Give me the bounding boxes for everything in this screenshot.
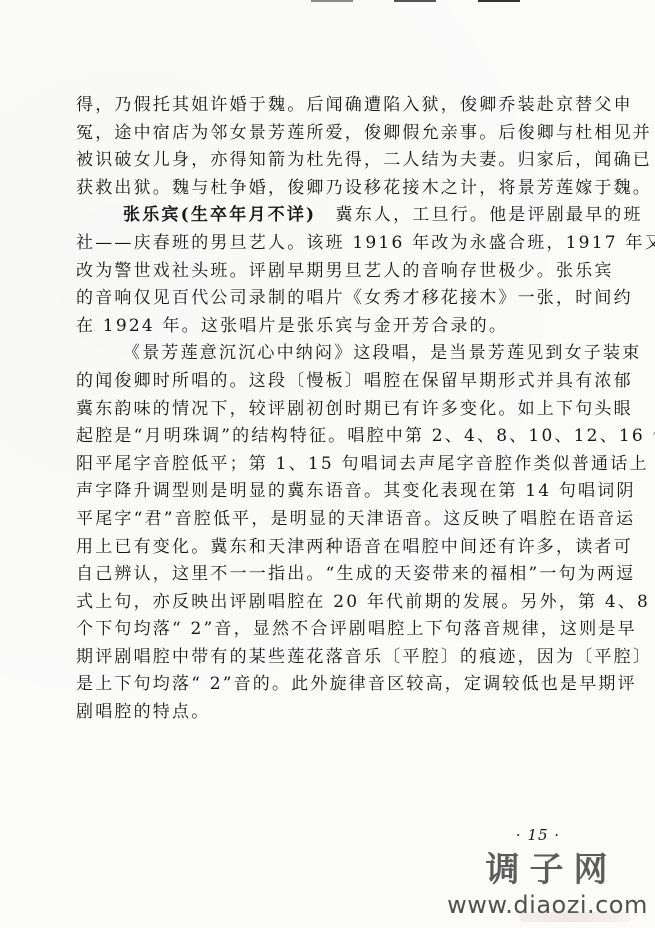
top-edge-marks (0, 0, 655, 4)
watermark-title: 调子网 (440, 850, 655, 890)
text-line: 获救出狱。魏与杜争婚，俊卿乃设移花接木之计，将景芳莲嫁于魏。 (76, 175, 572, 203)
text-line: 《景芳莲意沉沉心中纳闷》这段唱，是当景芳莲见到女子装束 (76, 340, 572, 368)
paragraph-1: 得，乃假托其姐许婚于魏。后闻确遭陷入狱，俊卿乔装赴京替父申 冤，途中宿店为邻女景… (76, 92, 572, 202)
text-line: 冤，途中宿店为邻女景芳莲所爱，俊卿假允亲事。后俊卿与杜相见并 (76, 120, 572, 148)
text-line: 个下句均落“ 2”音，显然不合评剧唱腔上下句落音规律，这则是早 (76, 616, 572, 644)
text-line: 冀东韵味的情况下，较评剧初创时期已有许多变化。如上下句头眼 (76, 396, 572, 424)
document-page: 得，乃假托其姐许婚于魏。后闻确遭陷入狱，俊卿乔装赴京替父申 冤，途中宿店为邻女景… (0, 0, 655, 928)
watermark: 调子网 www.diaozi.com (440, 850, 655, 920)
text-line: 的闻俊卿时所唱的。这段〔慢板〕唱腔在保留早期形式并具有浓郁 (76, 368, 572, 396)
paragraph-2-entry-zhang-lebin: 张乐宾(生卒年月不详) 冀东人，工旦行。他是评剧最早的班 社——庆春班的男旦艺人… (76, 202, 572, 340)
top-mark (394, 0, 436, 2)
text-line: 阳平尾字音腔低平；第 1、15 句唱词去声尾字音腔作类似普通话上 (76, 451, 572, 479)
text-line: 得，乃假托其姐许婚于魏。后闻确遭陷入狱，俊卿乔装赴京替父申 (76, 92, 572, 120)
body-text: 得，乃假托其姐许婚于魏。后闻确遭陷入狱，俊卿乔装赴京替父申 冤，途中宿店为邻女景… (76, 92, 572, 727)
text-line: 被识破女儿身，亦得知箭为杜先得，二人结为夫妻。归家后，闻确已 (76, 147, 572, 175)
text-line: 剧唱腔的特点。 (76, 699, 572, 727)
entry-heading-rest: 冀东人，工旦行。他是评剧最早的班 (316, 205, 642, 225)
top-mark (478, 0, 520, 2)
text-line: 平尾字“君”音腔低平，是明显的天津语音。这反映了唱腔在语音运 (76, 506, 572, 534)
text-line: 是上下句均落“ 2”音的。此外旋律音区较高，定调较低也是早期评 (76, 671, 572, 699)
text-line: 期评剧唱腔中带有的某些莲花落音乐〔平腔〕的痕迹，因为〔平腔〕 (76, 644, 572, 672)
text-line-with-lead: 张乐宾(生卒年月不详) 冀东人，工旦行。他是评剧最早的班 (76, 202, 572, 230)
text-line: 用上已有变化。冀东和天津两种语音在唱腔中间还有许多，读者可 (76, 534, 572, 562)
watermark-faint-overlay (520, 912, 630, 922)
text-line: 社——庆春班的男旦艺人。该班 1916 年改为永盛合班，1917 年又 (76, 230, 572, 258)
entry-heading: 张乐宾(生卒年月不详) (123, 205, 316, 225)
paragraph-3-analysis: 《景芳莲意沉沉心中纳闷》这段唱，是当景芳莲见到女子装束 的闻俊卿时所唱的。这段〔… (76, 340, 572, 726)
text-line: 改为警世戏社头班。评剧早期男旦艺人的音响存世极少。张乐宾 (76, 258, 572, 286)
text-line: 式上句，亦反映出评剧唱腔在 20 年代前期的发展。另外，第 4、8 两 (76, 589, 572, 617)
text-line: 在 1924 年。这张唱片是张乐宾与金开芳合录的。 (76, 313, 572, 341)
text-line: 的音响仅见百代公司录制的唱片《女秀才移花接木》一张，时间约 (76, 285, 572, 313)
text-line: 声字降升调型则是明显的冀东语音。其变化表现在第 14 句唱词阴 (76, 478, 572, 506)
text-line: 自己辨认，这里不一一指出。“生成的天姿带来的福相”一句为两逗 (76, 561, 572, 589)
text-line: 起腔是“月明珠调”的结构特征。唱腔中第 2、4、8、10、12、16 句唱词 (76, 423, 572, 451)
top-mark (311, 0, 353, 2)
page-number: · 15 · (513, 826, 563, 844)
